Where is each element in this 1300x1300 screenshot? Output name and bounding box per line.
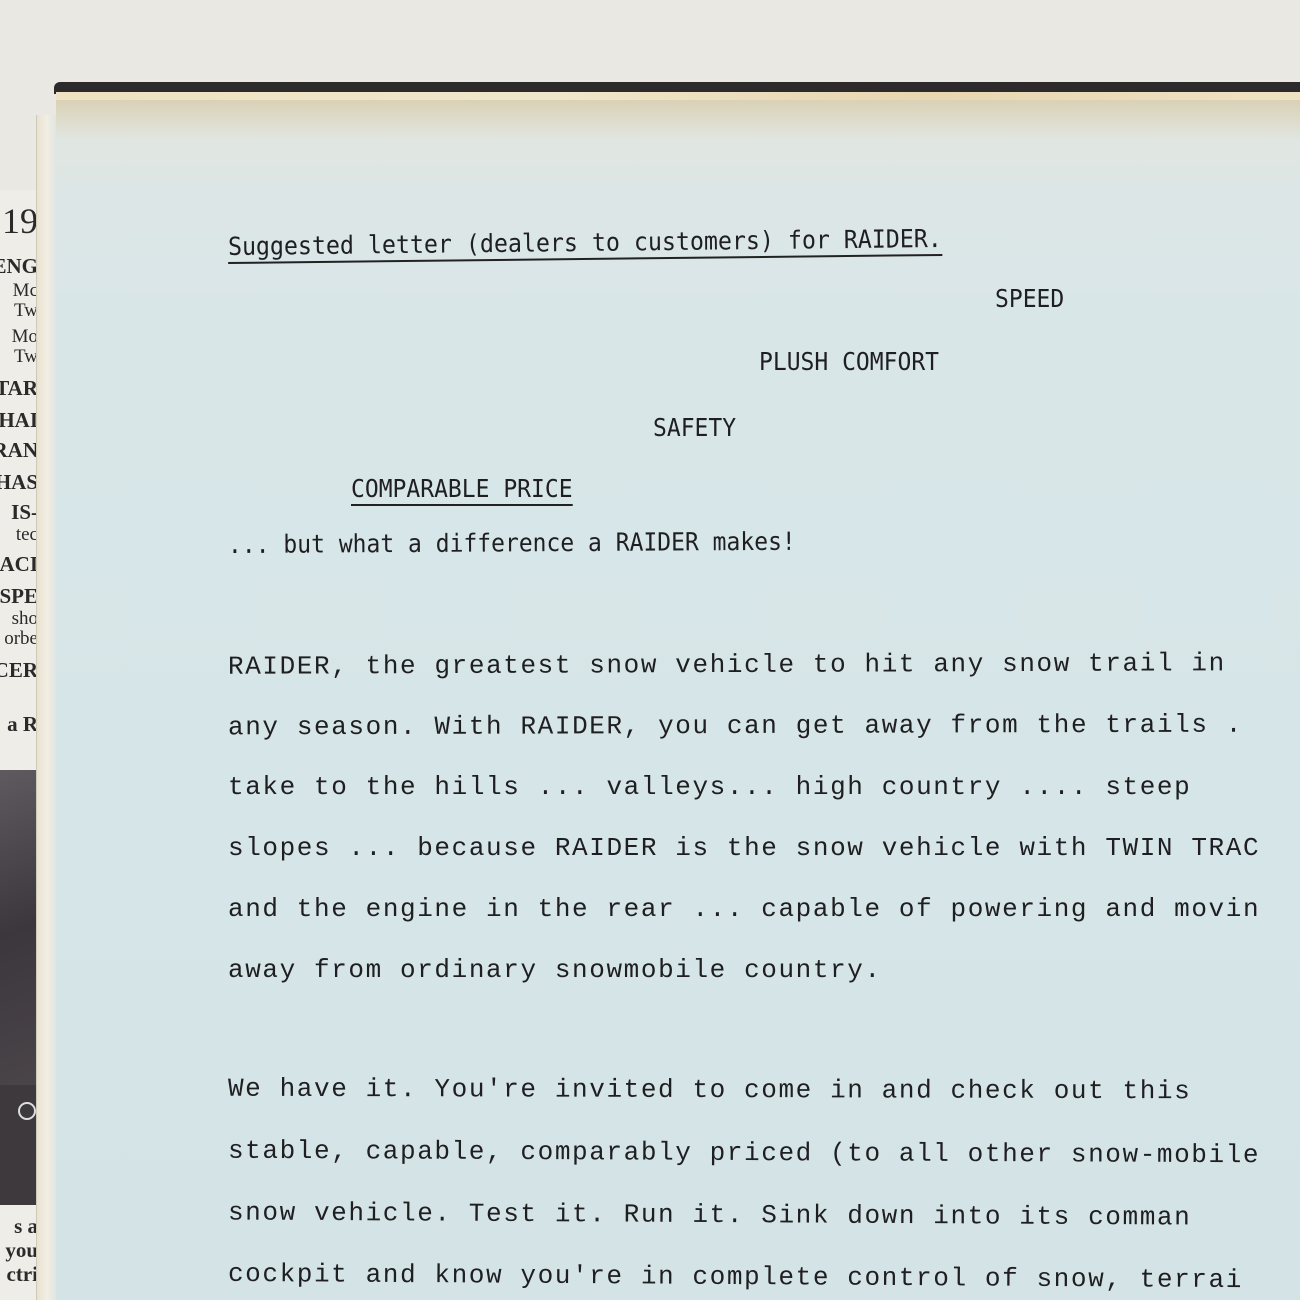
brochure-fragment: Mc (13, 280, 38, 302)
brochure-fragment: CER (0, 658, 38, 683)
brochure-fragment: you (5, 1238, 38, 1263)
brochure-circle-icon (18, 1102, 36, 1120)
brochure-fragment: TAR (0, 376, 38, 401)
letter-title: Suggested letter (dealers to customers) … (228, 224, 942, 264)
paragraph2-line: snow vehicle. Test it. Run it. Sink down… (228, 1197, 1191, 1232)
feature-speed: SPEED (995, 284, 1064, 313)
brochure-fragment: Mo (12, 326, 38, 348)
feature-plush-comfort: PLUSH COMFORT (759, 347, 939, 376)
paragraph2-line: stable, capable, comparably priced (to a… (228, 1136, 1260, 1171)
brochure-fragment: Tw (14, 346, 38, 368)
feature-safety: SAFETY (653, 413, 736, 442)
brochure-fragment: IS- (11, 500, 38, 525)
brochure-fragment: orbe (4, 628, 38, 650)
brochure-fragment: s a (14, 1214, 38, 1239)
brochure-fragment: HAI (0, 408, 38, 433)
brochure-fragment: sho (12, 608, 38, 630)
paragraph1-line: any season. With RAIDER, you can get awa… (228, 710, 1243, 743)
brochure-fragment: tec (16, 524, 38, 546)
brochure-fragment: 19 (2, 200, 38, 242)
brochure-fragment: Tw (14, 300, 38, 322)
paragraph1-line: RAIDER, the greatest snow vehicle to hit… (228, 648, 1226, 681)
brochure-fragment: a R (7, 712, 38, 737)
typewritten-letter: Suggested letter (dealers to customers) … (56, 92, 1300, 1300)
paragraph1-line: slopes ... because RAIDER is the snow ve… (228, 833, 1260, 863)
brochure-fragment: SPE (0, 584, 38, 609)
paragraph1-line: and the engine in the rear ... capable o… (228, 894, 1260, 924)
page-stack-edge (36, 115, 57, 1300)
brochure-fragment: ctri (7, 1262, 38, 1287)
brochure-fragment: ENG (0, 254, 38, 279)
paragraph1-line: take to the hills ... valleys... high co… (228, 772, 1191, 802)
brochure-fragment: ACI (0, 552, 38, 577)
brochure-fragment: RAN (0, 438, 38, 463)
paragraph2-line: cockpit and know you're in complete cont… (228, 1259, 1243, 1295)
brochure-photo (0, 770, 36, 1090)
tagline: ... but what a difference a RAIDER makes… (228, 527, 796, 559)
paragraph2-line: We have it. You're invited to come in an… (228, 1074, 1191, 1107)
feature-comparable-price: COMPARABLE PRICE (351, 474, 573, 506)
paragraph1-line: away from ordinary snowmobile country. (228, 955, 882, 985)
brochure-fragment: HAS (0, 470, 38, 495)
underlying-brochure: 19 ENG Mc Tw Mo Tw TAR HAI RAN HAS IS- t… (0, 190, 40, 1300)
